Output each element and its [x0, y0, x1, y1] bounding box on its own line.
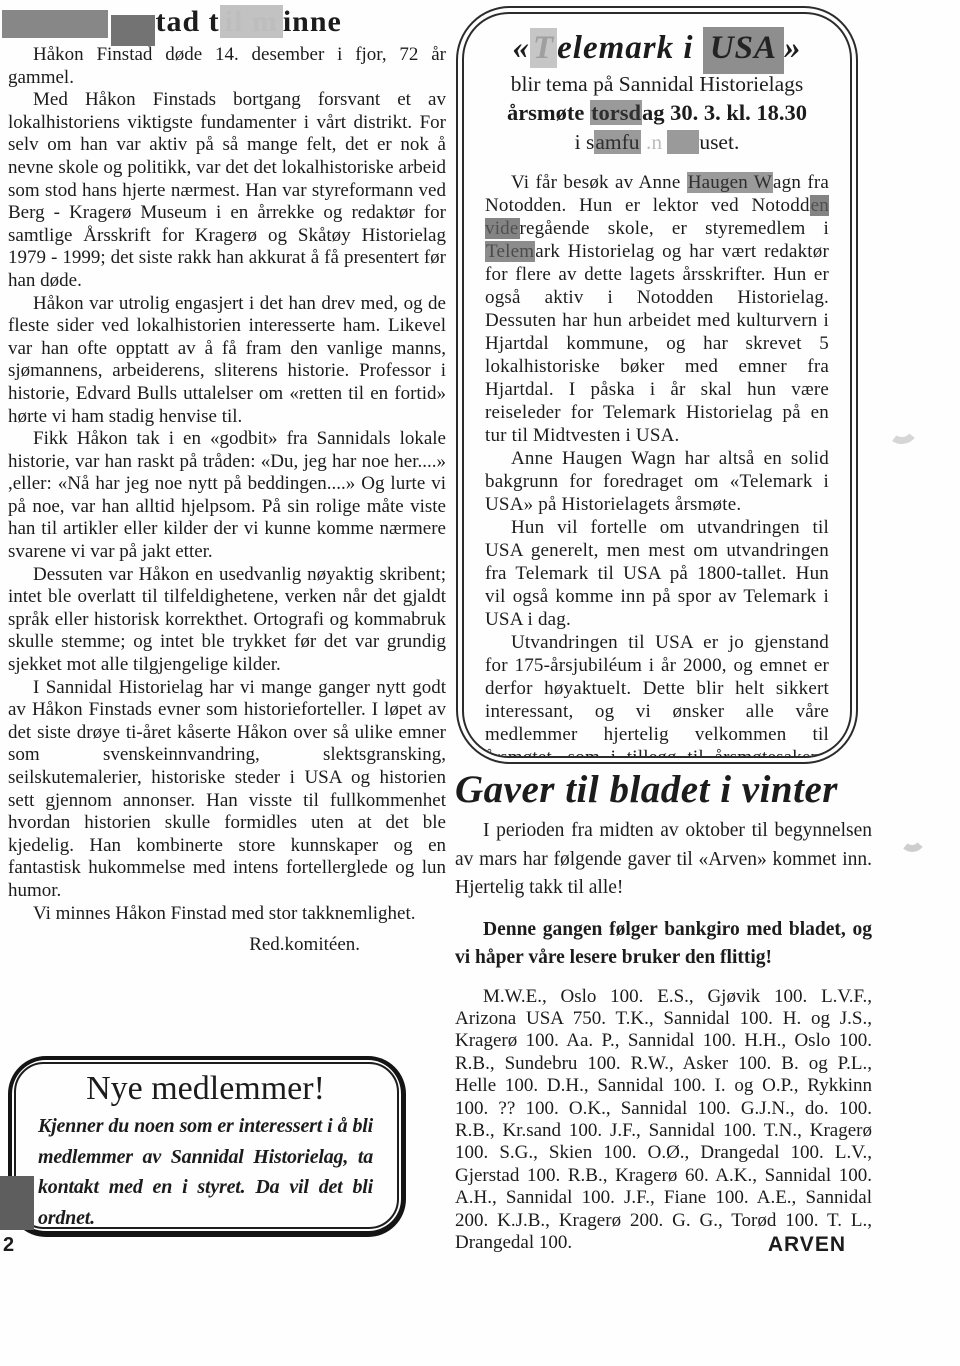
telemark-box-subtitle: blir tema på Sannidal Historielags — [485, 70, 829, 98]
scan-artifact-block — [0, 1176, 34, 1230]
telemark-paragraph: Hun vil fortelle om utvandringen til USA… — [485, 516, 829, 631]
new-members-body: Kjenner du noen som er interessert i å b… — [38, 1111, 373, 1229]
title-close-quote: » — [784, 30, 802, 66]
body-text: ark Historielag og har vært redaktør for… — [485, 241, 829, 446]
scan-crescent-artifact — [897, 821, 928, 853]
memorial-paragraph: Vi minnes Håkon Finstad med stor takknem… — [8, 903, 446, 926]
scan-artifact-block — [111, 15, 155, 46]
scan-artifact-block — [2, 10, 108, 38]
redaction-overlay: USA — [703, 27, 784, 74]
new-members-box: Nye medlemmer! Kjenner du noen som er in… — [8, 1056, 406, 1237]
memorial-signature: Red.komitéen. — [8, 934, 446, 957]
telemark-paragraph: Vi får besøk av Anne Haugen Wagn fra Not… — [485, 171, 829, 447]
redaction-overlay: T — [530, 28, 557, 68]
faint-scan-text: .n — [641, 130, 668, 154]
subtitle-text: årsmøte — [507, 100, 590, 125]
scan-crescent-artifact — [884, 412, 920, 446]
memorial-paragraph: I Sannidal Historielag har vi mange gang… — [8, 677, 446, 903]
memorial-title-fragment: inne — [283, 5, 342, 38]
memorial-title-obscured-text: il m — [225, 5, 278, 38]
memorial-title-fragment: tad t — [156, 5, 220, 38]
memorial-paragraph: Med Håkon Finstads bortgang forsvant et … — [8, 89, 446, 292]
body-text: Vi får besøk av Anne — [511, 172, 687, 193]
redaction-overlay: Telem — [485, 241, 535, 262]
gifts-bankgiro-note: Denne gangen følger bankgiro med bladet,… — [455, 916, 872, 973]
newsletter-brand: ARVEN — [456, 1233, 846, 1257]
telemark-paragraph: Anne Haugen Wagn har altså en solid bakg… — [485, 447, 829, 516]
gifts-donor-list: M.W.E., Oslo 100. E.S., Gjøvik 100. L.V.… — [455, 986, 872, 1255]
gifts-section: Gaver til bladet i vinter I perioden fra… — [455, 768, 872, 1254]
telemark-paragraph: Utvandringen til USA er jo gjenstand for… — [485, 631, 829, 758]
memorial-paragraph: Håkon var utrolig engasjert i det han dr… — [8, 293, 446, 429]
gifts-intro: I perioden fra midten av oktober til beg… — [455, 817, 872, 903]
subtitle-text: uset. — [699, 130, 739, 154]
new-members-box-inner: Nye medlemmer! Kjenner du noen som er in… — [14, 1062, 399, 1229]
gifts-title: Gaver til bladet i vinter — [455, 768, 872, 812]
redaction-overlay: amfu — [594, 130, 640, 154]
scan-artifact-block: il m — [220, 5, 283, 38]
memorial-paragraph: Håkon Finstad døde 14. desember i fjor, … — [8, 44, 446, 89]
page-number: 2 — [3, 1234, 14, 1257]
subtitle-text: ag 30. 3. kl. 18.30 — [642, 100, 807, 125]
title-open-quote: « — [512, 30, 530, 66]
memorial-body: Håkon Finstad døde 14. desember i fjor, … — [8, 44, 446, 957]
memorial-paragraph: Fikk Håkon tak i en «godbit» fra Sannida… — [8, 428, 446, 564]
telemark-box-subtitle-date: årsmøte torsdag 30. 3. kl. 18.30 — [485, 98, 829, 128]
redaction-overlay: nsh — [667, 130, 699, 154]
memorial-article: tad til minne Håkon Finstad døde 14. des… — [8, 4, 446, 957]
body-text: regående skole, er styremedlem i — [520, 218, 829, 239]
telemark-box-title: «Telemark i USA» — [485, 26, 829, 70]
redaction-overlay: torsd — [590, 100, 642, 125]
new-members-title: Nye medlemmer! — [38, 1068, 373, 1110]
redaction-overlay: Haugen W — [687, 172, 773, 193]
telemark-box-subtitle-place: i samfu .n nshuset. — [485, 128, 829, 156]
memorial-paragraph: Dessuten var Håkon en usedvanlig nøyakti… — [8, 564, 446, 677]
subtitle-text: i s — [575, 130, 595, 154]
memorial-title: tad til minne — [2, 4, 446, 44]
scanned-newsletter-page: tad til minne Håkon Finstad døde 14. des… — [0, 0, 960, 1366]
telemark-usa-box-inner: «Telemark i USA» blir tema på Sannidal H… — [462, 12, 852, 758]
telemark-usa-box: «Telemark i USA» blir tema på Sannidal H… — [456, 6, 858, 764]
title-text: elemark i — [557, 30, 703, 66]
